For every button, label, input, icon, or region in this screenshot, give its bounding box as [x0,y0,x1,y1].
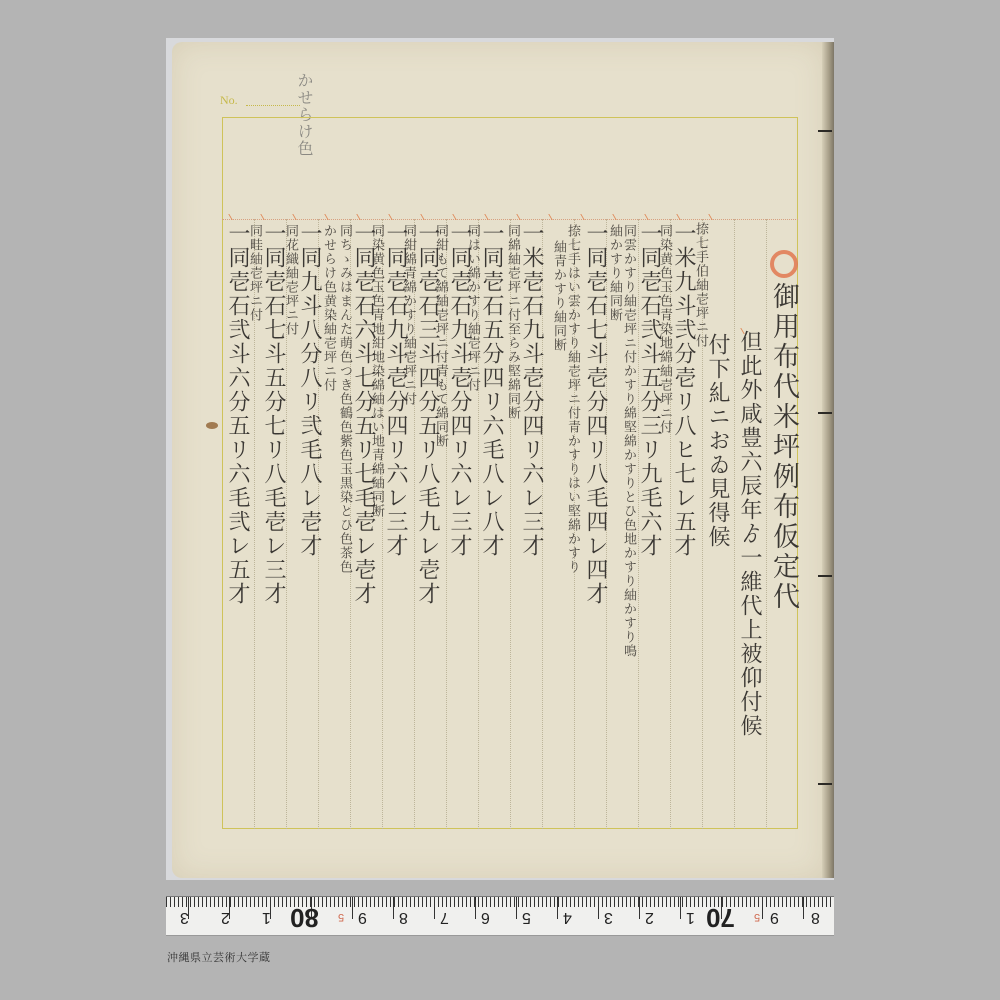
entry-column: 一同壱石六斗七分五リ七毛壱レ壱才 [352,222,374,606]
annotation-column: 捺七手はい雲かすり紬壱坪ニ付青かすりはい堅綿かすり [566,224,579,574]
number-field-line [246,105,300,106]
binding-stitch [818,412,832,414]
ruler-number-major: 70 [706,905,735,931]
ruler-number: 3 [604,909,613,925]
ruler-number: 8 [811,909,820,925]
binding-stitch [818,783,832,785]
entry-column: 一同壱石三斗四分五リ八毛九レ壱才 [416,222,438,606]
ruler-number: 2 [645,909,654,925]
annotation-column: 紬青かすり紬同断 [552,240,565,352]
annotation-column: 紬かすり紬同断 [608,224,621,322]
ruler-number: 7 [440,909,449,925]
ruler-number: 9 [358,909,367,925]
ruler-number: 9 [770,909,779,925]
ruler-number-half: 5 [754,911,760,922]
title-column: 御用布代米坪例布仮定代 [770,282,797,612]
entry-column: 一同壱石弐斗六分五リ六毛弐レ五才 [226,222,248,606]
entry-column: 一同壱石弐斗五分三リ九毛六才 [638,222,660,558]
ruler-number: 4 [563,909,572,925]
ruler-number: 6 [481,909,490,925]
entry-column: 一同壱石九斗壱分四リ六レ三才 [384,222,406,558]
text-column: 付下糺ニおゐ見得候 [706,333,728,549]
entry-column: 一同壱石七斗壱分四リ八毛四レ四才 [584,222,606,606]
ruler-number: 1 [262,909,271,925]
scan-stage: No. かせらけ色 御用布代米坪例布仮定代 但此外咸豊六辰年ゟ一維代上被仰付候 … [0,0,1000,1000]
entry-column: 一米九斗弐分壱リ八ヒ七レ五才 [672,222,694,558]
measuring-ruler: 3 2 1 80 5 9 8 7 6 5 4 3 2 1 70 5 9 8 [166,896,834,936]
entry-column: 一同壱石七斗五分七リ八毛壱レ三才 [262,222,284,606]
annotation-column: 同ちゝみはまんた萌色つき色鶴色紫色玉黒染とひ色茶色 [338,224,351,574]
ruler-number-major: 80 [290,905,319,931]
ruler-number: 5 [522,909,531,925]
ruler-number: 1 [686,909,695,925]
number-label: No. [220,93,238,108]
text-column: 但此外咸豊六辰年ゟ一維代上被仰付候 [738,330,760,738]
column-rule [766,219,767,829]
red-seal-circle [770,250,798,278]
entry-column: 一同九斗八分八リ弐毛八レ壱才 [298,222,320,558]
binding-stitch [818,575,832,577]
entry-column: 一同壱石五分四リ六毛八レ八才 [480,222,502,558]
entry-column: 一米壱石九斗壱分四リ六レ三才 [520,222,542,558]
paper-stain [206,422,218,429]
annotation-column: 同雲かすり紬壱坪ニ付かすり綿堅綿かすりとひ色地かすり紬かすり鳴 [622,224,635,658]
page-spine [822,42,834,878]
annotation-column: 同綿紬壱坪ニ付至らみ堅綿同断 [506,224,519,420]
ruler-number: 3 [180,909,189,925]
ruler-number-half: 5 [338,911,344,922]
annotation-column: かせらけ色黄染紬壱坪ニ付 [322,224,335,392]
collection-caption: 沖縄県立芸術大学蔵 [167,949,271,965]
ruler-number: 2 [221,909,230,925]
entry-column: 一同壱石九斗壱分四リ六レ三才 [448,222,470,558]
binding-stitch [818,130,832,132]
ruler-number: 8 [399,909,408,925]
column-rule [734,219,735,829]
